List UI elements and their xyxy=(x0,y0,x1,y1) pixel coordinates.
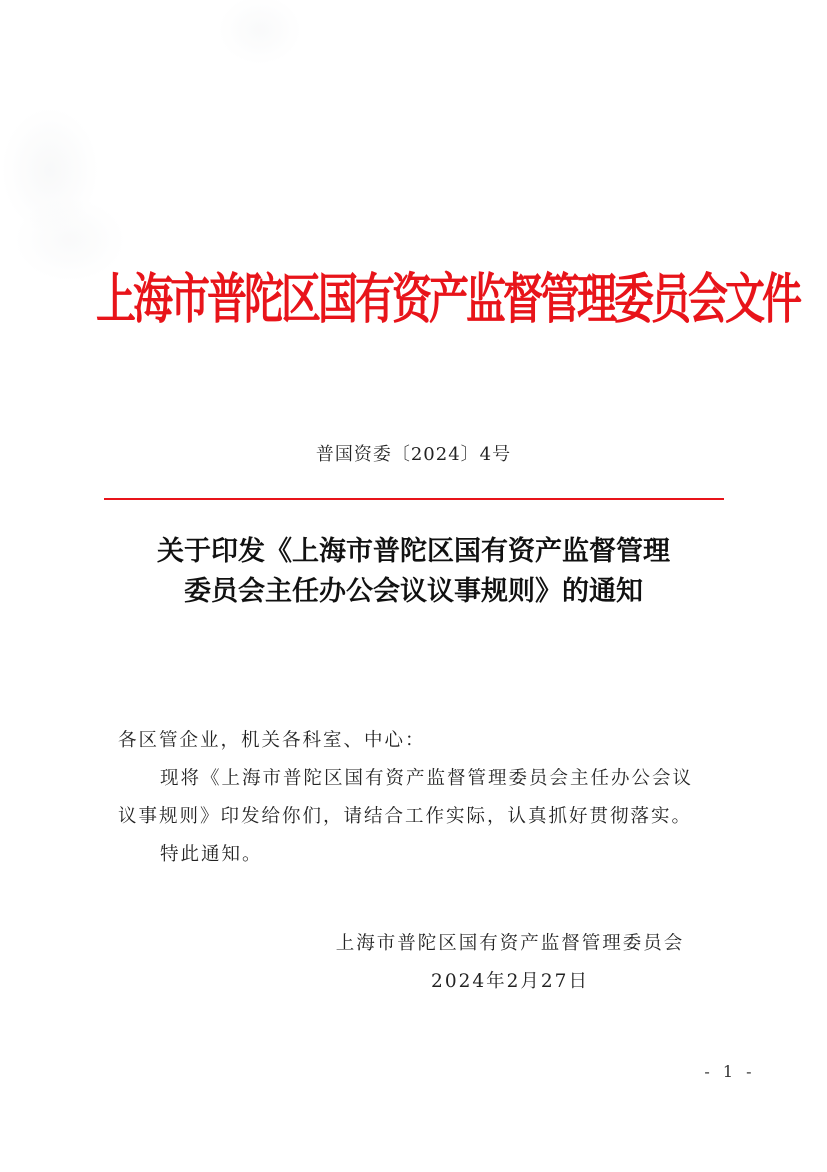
closing-phrase: 特此通知。 xyxy=(118,836,738,874)
notice-headline: 关于印发《上海市普陀区国有资产监督管理 委员会主任办公会议议事规则》的通知 xyxy=(100,532,727,612)
page-number: - 1 - xyxy=(690,1062,770,1081)
body-paragraph-line-1: 现将《上海市普陀区国有资产监督管理委员会主任办公会议 xyxy=(118,760,738,798)
red-divider-rule xyxy=(104,498,724,500)
issuer-name: 上海市普陀区国有资产监督管理委员会 xyxy=(300,925,720,963)
headline-line-2: 委员会主任办公会议议事规则》的通知 xyxy=(100,572,727,612)
headline-line-1: 关于印发《上海市普陀区国有资产监督管理 xyxy=(100,532,727,572)
issuing-authority-header: 上海市普陀区国有资产监督管理委员会文件 xyxy=(96,251,731,348)
document-page: 上海市普陀区国有资产监督管理委员会文件 普国资委〔2024〕4号 关于印发《上海… xyxy=(0,0,827,1172)
issue-date: 2024年2月27日 xyxy=(300,963,720,1001)
notice-body: 各区管企业，机关各科室、中心： 现将《上海市普陀区国有资产监督管理委员会主任办公… xyxy=(118,722,738,874)
body-paragraph-line-2: 议事规则》印发给你们，请结合工作实际，认真抓好贯彻落实。 xyxy=(118,798,738,836)
salutation: 各区管企业，机关各科室、中心： xyxy=(118,722,738,760)
document-number: 普国资委〔2024〕4号 xyxy=(0,440,827,466)
signature-block: 上海市普陀区国有资产监督管理委员会 2024年2月27日 xyxy=(300,925,720,1001)
